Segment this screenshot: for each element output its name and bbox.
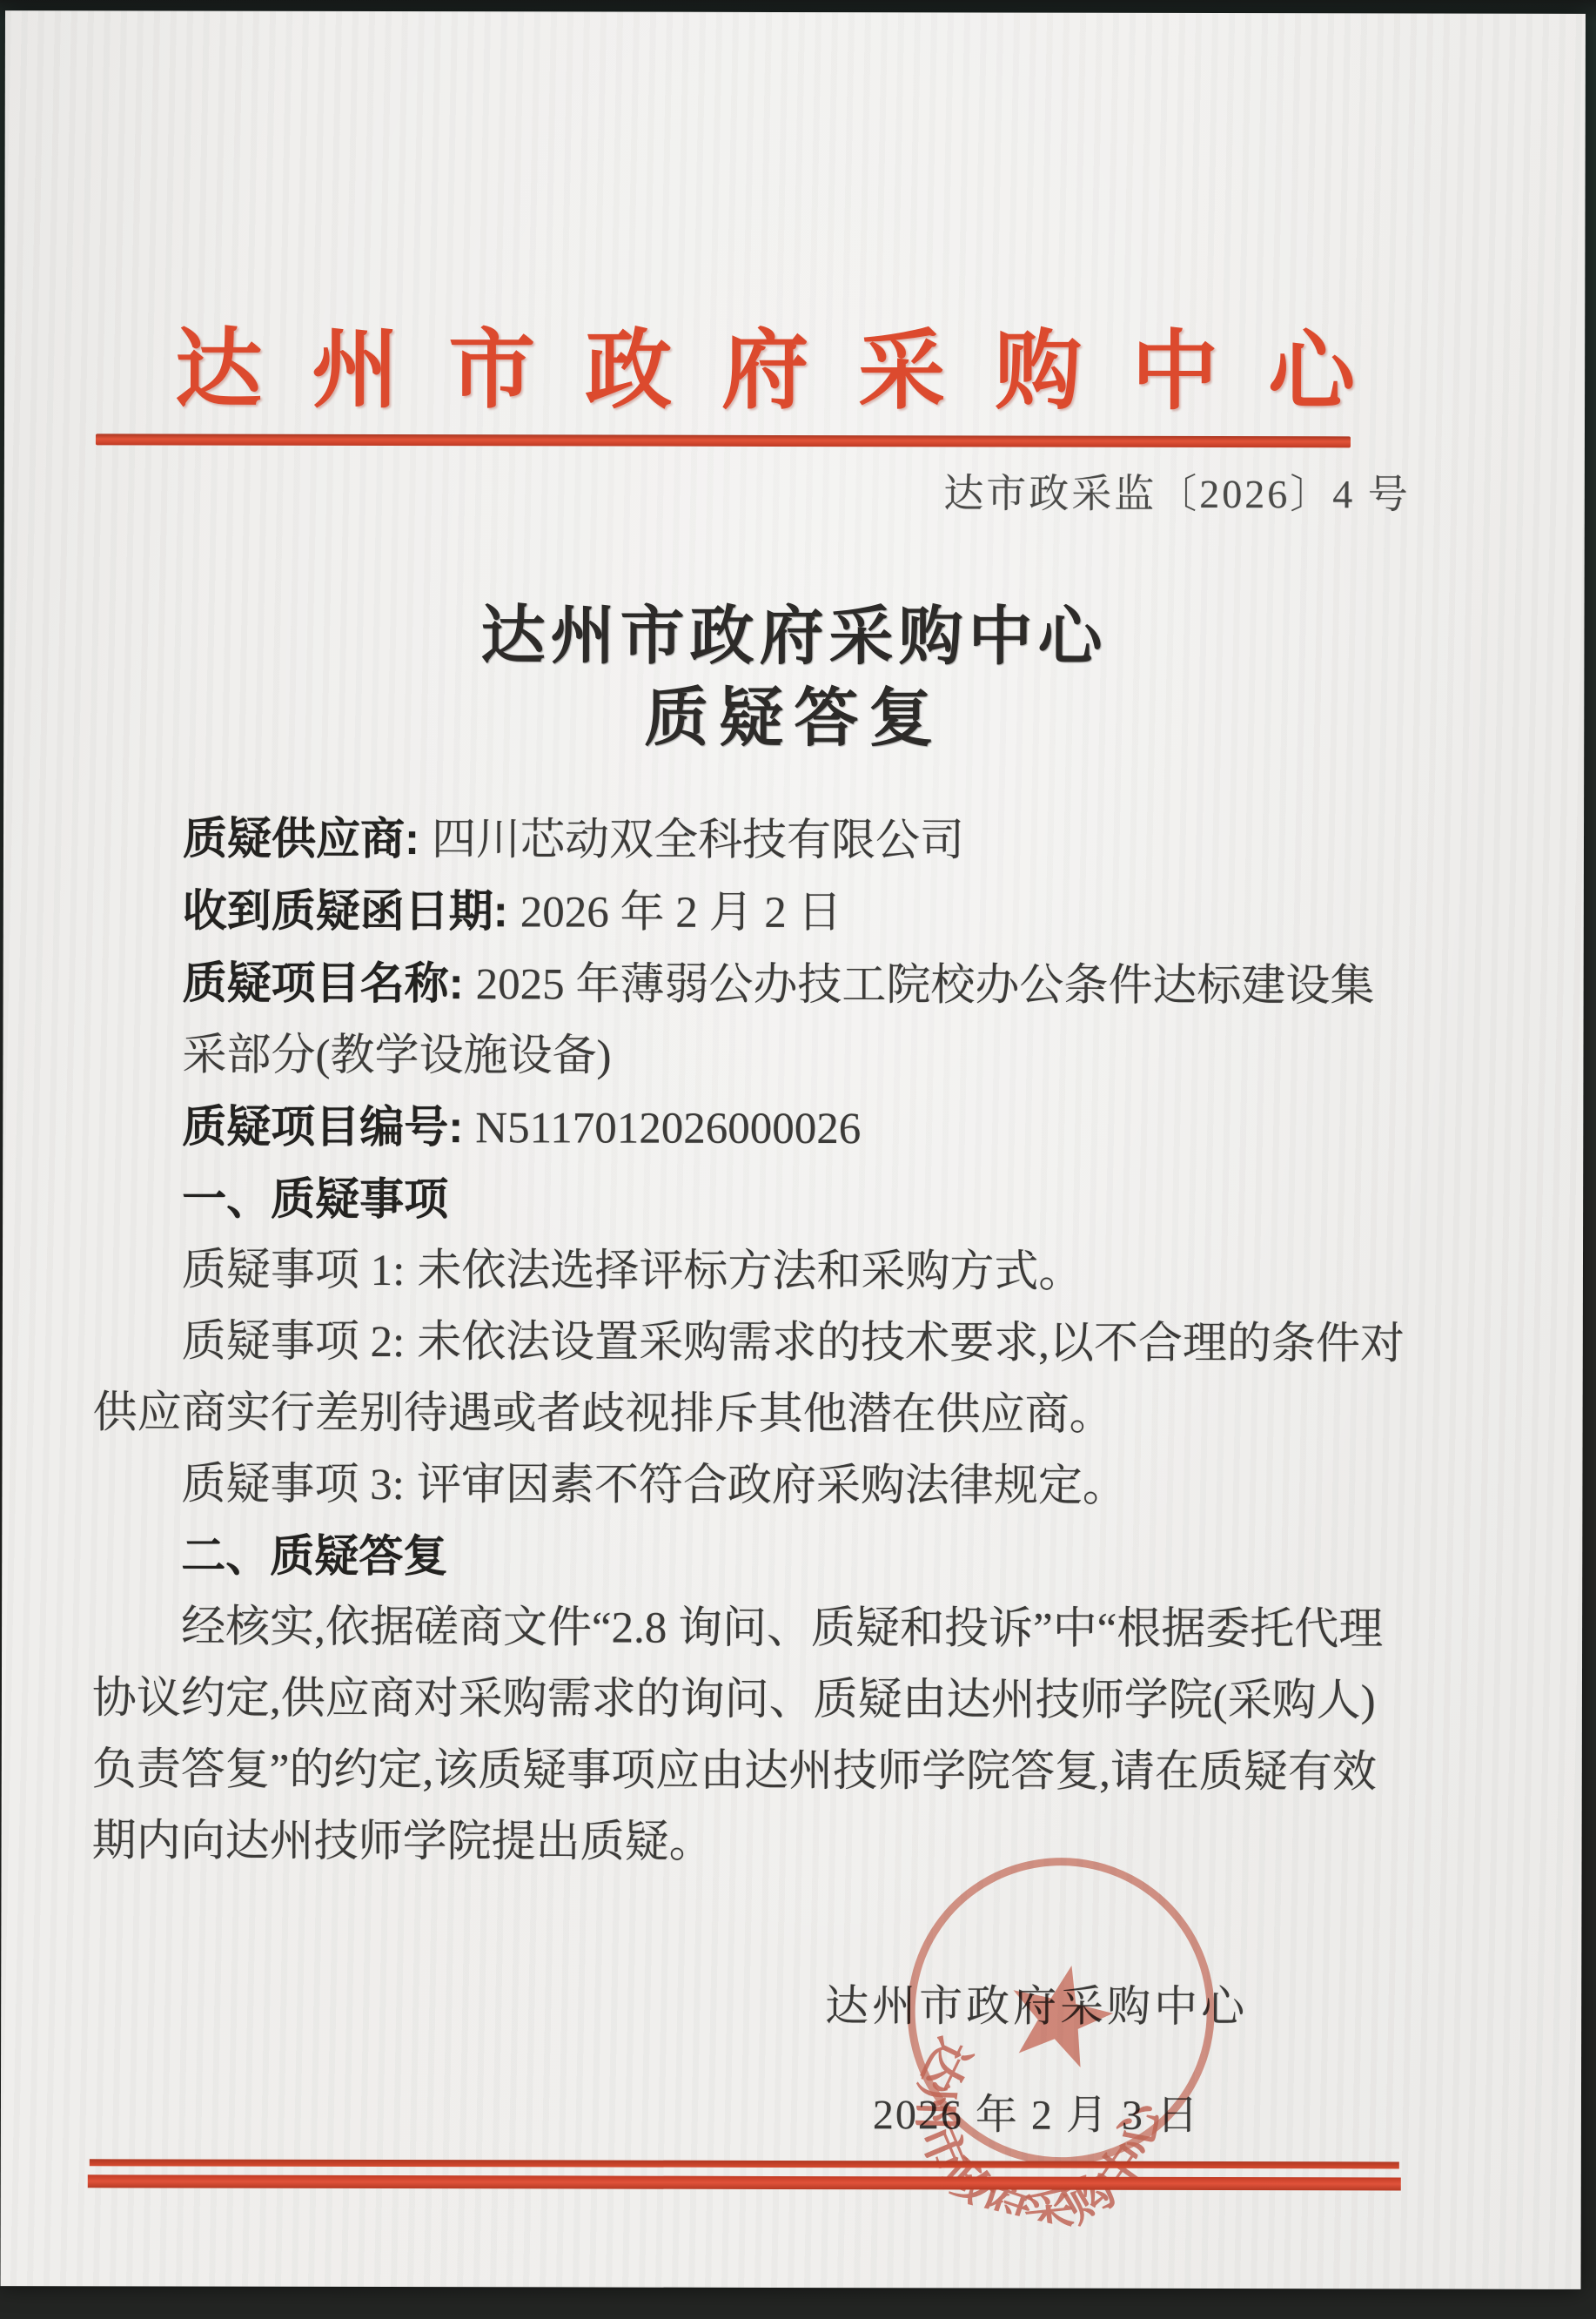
inquiry-item-1-label: 质疑事项 1:	[182, 1247, 406, 1296]
inquiry-item-1-text: 未依法选择评标方法和采购方式。	[417, 1247, 1083, 1297]
field-project-name-label: 质疑项目名称:	[183, 958, 464, 1009]
inquiry-item-2-label: 质疑事项 2:	[182, 1318, 406, 1368]
field-project-number-value: N5117012026000026	[475, 1104, 861, 1153]
field-supplier-value: 四川芯动双全科技有限公司	[432, 816, 964, 865]
inquiry-item-3-label: 质疑事项 3:	[181, 1461, 405, 1510]
field-project-name: 质疑项目名称:2025 年薄弱公办技工院校办公条件达标建设集采部分(教学设施设备…	[93, 947, 1409, 1093]
document-title-line2: 质疑答复	[3, 665, 1584, 761]
inquiry-item-3-text: 评审因素不符合政府采购法律规定。	[417, 1461, 1127, 1511]
document-photo: 达州市政府采购中心 达市政采监〔2026〕4 号 达州市政府采购中心 质疑答复 …	[0, 0, 1596, 2319]
inquiry-item-2: 质疑事项 2:未依法设置采购需求的技术要求,以不合理的条件对供应商实行差别待遇或…	[93, 1306, 1409, 1451]
document-number: 达市政采监〔2026〕4 号	[943, 461, 1411, 520]
field-project-number-label: 质疑项目编号:	[182, 1102, 463, 1153]
footer-rule-thick	[88, 2174, 1401, 2190]
field-receipt-date-value: 2026 年 2 月 2 日	[520, 888, 842, 938]
field-receipt-date: 收到质疑函日期:2026 年 2 月 2 日	[94, 875, 1410, 950]
section-inquiry-heading: 一、质疑事项	[93, 1163, 1409, 1237]
letterhead-rule	[96, 434, 1351, 447]
field-receipt-date-label: 收到质疑函日期:	[183, 886, 508, 937]
svg-text:达州市政府采购中心: 达州市政府采购中心	[881, 2027, 1177, 2262]
letterhead-agency-name: 达州市政府采购中心	[175, 299, 1405, 427]
inquiry-item-1: 质疑事项 1:未依法选择评标方法和采购方式。	[93, 1234, 1409, 1308]
section-reply-heading: 二、质疑答复	[92, 1520, 1408, 1594]
field-project-number: 质疑项目编号:N5117012026000026	[93, 1091, 1409, 1166]
seal-star-icon	[1000, 1954, 1122, 2072]
paper-sheet: 达州市政府采购中心 达市政采监〔2026〕4 号 达州市政府采购中心 质疑答复 …	[1, 10, 1586, 2289]
document-title-line1: 达州市政府采购中心	[3, 583, 1584, 679]
seal-ring-text: 达州市政府采购中心	[881, 2027, 1177, 2262]
inquiry-item-3: 质疑事项 3:评审因素不符合政府采购法律规定。	[92, 1449, 1408, 1522]
field-supplier-label: 质疑供应商:	[183, 814, 419, 864]
field-supplier: 质疑供应商:四川芯动双全科技有限公司	[94, 803, 1410, 877]
document-body: 质疑供应商:四川芯动双全科技有限公司 收到质疑函日期:2026 年 2 月 2 …	[92, 803, 1411, 1879]
